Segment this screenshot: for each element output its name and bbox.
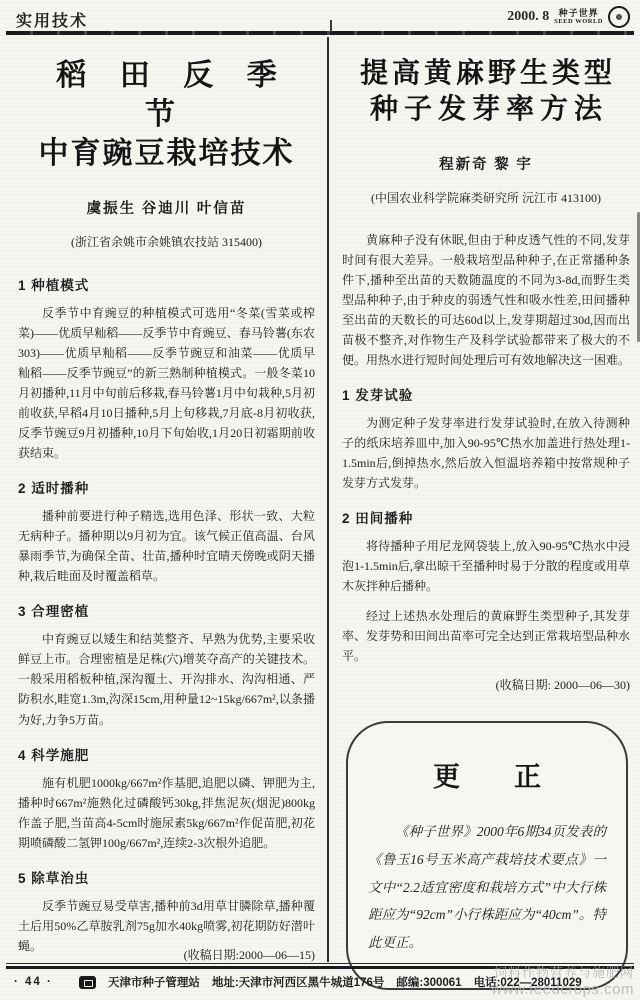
left-article: 稻 田 反 季 节 中育豌豆栽培技术 虞振生 谷迪川 叶信苗 (浙江省余姚市余姚… bbox=[18, 40, 315, 963]
section-paragraph: 播种前要进行种子精选,选用色泽、形状一致、大粒无病种子。播种期以9月初为宜。该气… bbox=[18, 506, 315, 586]
publisher-name: 天津市种子管理站 bbox=[108, 974, 200, 990]
section-heading: 5 除草治虫 bbox=[18, 867, 315, 887]
journal-masthead: 2000. 8 种子世界 SEED WORLD bbox=[507, 6, 630, 28]
watermark-text-cn: 饲料作物营养与施肥网 bbox=[491, 966, 634, 981]
site-watermark: 饲料作物营养与施肥网 www.feedcrops.com bbox=[491, 966, 634, 998]
footer-rule-thin bbox=[6, 963, 634, 964]
affiliation: (浙江省余姚市余姚镇农技站 315400) bbox=[18, 233, 315, 250]
section-paragraph: 将待播种子用尼龙网袋装上,放入90-95℃热水中浸泡1-1.5min后,拿出晾干… bbox=[342, 536, 630, 596]
right-article-title: 提高黄麻野生类型 种子发芽率方法 bbox=[342, 56, 630, 129]
intro-paragraph: 黄麻种子没有休眠,但由于种皮透气性的不同,发芽时间有很大差异。一般栽培型品种种子… bbox=[342, 230, 630, 370]
section-heading: 1 种植模式 bbox=[18, 274, 315, 294]
watermark-text-url: www.feedcrops.com bbox=[491, 981, 634, 998]
section-heading: 2 适时播种 bbox=[18, 477, 315, 497]
publisher-logo-icon bbox=[79, 976, 96, 989]
authors: 虞振生 谷迪川 叶信苗 bbox=[18, 197, 315, 218]
section-paragraph: 为测定种子发芽率进行发芽试验时,在放入待测种子的纸床培养皿中,加入90-95℃热… bbox=[342, 413, 630, 493]
received-date: (收稿日期:2000—06—15) bbox=[18, 946, 315, 963]
section-heading: 2 田间播种 bbox=[342, 507, 630, 527]
affiliation: (中国农业科学院麻类研究所 沅江市 413100) bbox=[342, 189, 630, 206]
section-heading: 4 科学施肥 bbox=[18, 744, 315, 764]
section-paragraph: 施有机肥1000kg/667m²作基肥,追肥以磷、钾肥为主,播种时667m²施熟… bbox=[18, 773, 315, 853]
correction-title: 更 正 bbox=[368, 755, 606, 794]
title-line-1: 稻 田 反 季 节 bbox=[18, 56, 315, 134]
publisher-postcode: 邮编:300061 bbox=[396, 974, 461, 990]
page-number: · 44 · bbox=[14, 976, 53, 988]
section-heading: 1 发芽试验 bbox=[342, 384, 630, 404]
column-section-label: 实用技术 bbox=[16, 8, 88, 31]
registration-tick bbox=[330, 20, 332, 32]
column-divider bbox=[327, 37, 329, 962]
section-paragraph: 经过上述热水处理后的黄麻野生类型种子,其发芽率、发芽势和田间出苗率可完全达到正常… bbox=[342, 606, 630, 666]
journal-name-en: SEED WORLD bbox=[554, 19, 603, 26]
title-line-2: 种子发芽率方法 bbox=[342, 92, 630, 128]
title-line-1: 提高黄麻野生类型 bbox=[342, 56, 630, 92]
journal-name-cn: 种子世界 bbox=[559, 9, 599, 18]
section-paragraph: 反季节中育豌豆的种植模式可选用“冬菜(雪菜或榨菜)——优质早籼稻——反季节中育豌… bbox=[18, 303, 315, 463]
publisher-address: 地址:天津市河西区黑牛城道176号 bbox=[212, 974, 385, 990]
journal-name: 种子世界 SEED WORLD bbox=[554, 9, 603, 26]
correction-box: 更 正 《种子世界》2000年6期34页发表的《鲁玉16号玉米高产栽培技术要点》… bbox=[346, 721, 628, 990]
title-line-2: 中育豌豆栽培技术 bbox=[18, 134, 315, 173]
journal-logo-icon bbox=[608, 6, 630, 28]
header-rule bbox=[6, 31, 634, 35]
right-article: 提高黄麻野生类型 种子发芽率方法 程新奇 黎 宇 (中国农业科学院麻类研究所 沅… bbox=[342, 40, 630, 990]
issue-date: 2000. 8 bbox=[507, 9, 549, 25]
section-heading: 3 合理密植 bbox=[18, 600, 315, 620]
left-article-title: 稻 田 反 季 节 中育豌豆栽培技术 bbox=[18, 56, 315, 173]
authors: 程新奇 黎 宇 bbox=[342, 153, 630, 174]
section-paragraph: 中育豌豆以矮生和结荚整齐、早熟为优势,主要采收鲜豆上市。合理密植是足株(穴)增荚… bbox=[18, 629, 315, 729]
journal-page: 实用技术 2000. 8 种子世界 SEED WORLD 稻 田 反 季 节 中… bbox=[0, 0, 640, 1000]
correction-body: 《种子世界》2000年6期34页发表的《鲁玉16号玉米高产栽培技术要点》一文中“… bbox=[368, 818, 606, 956]
received-date: (收稿日期: 2000—06—30) bbox=[342, 676, 630, 693]
